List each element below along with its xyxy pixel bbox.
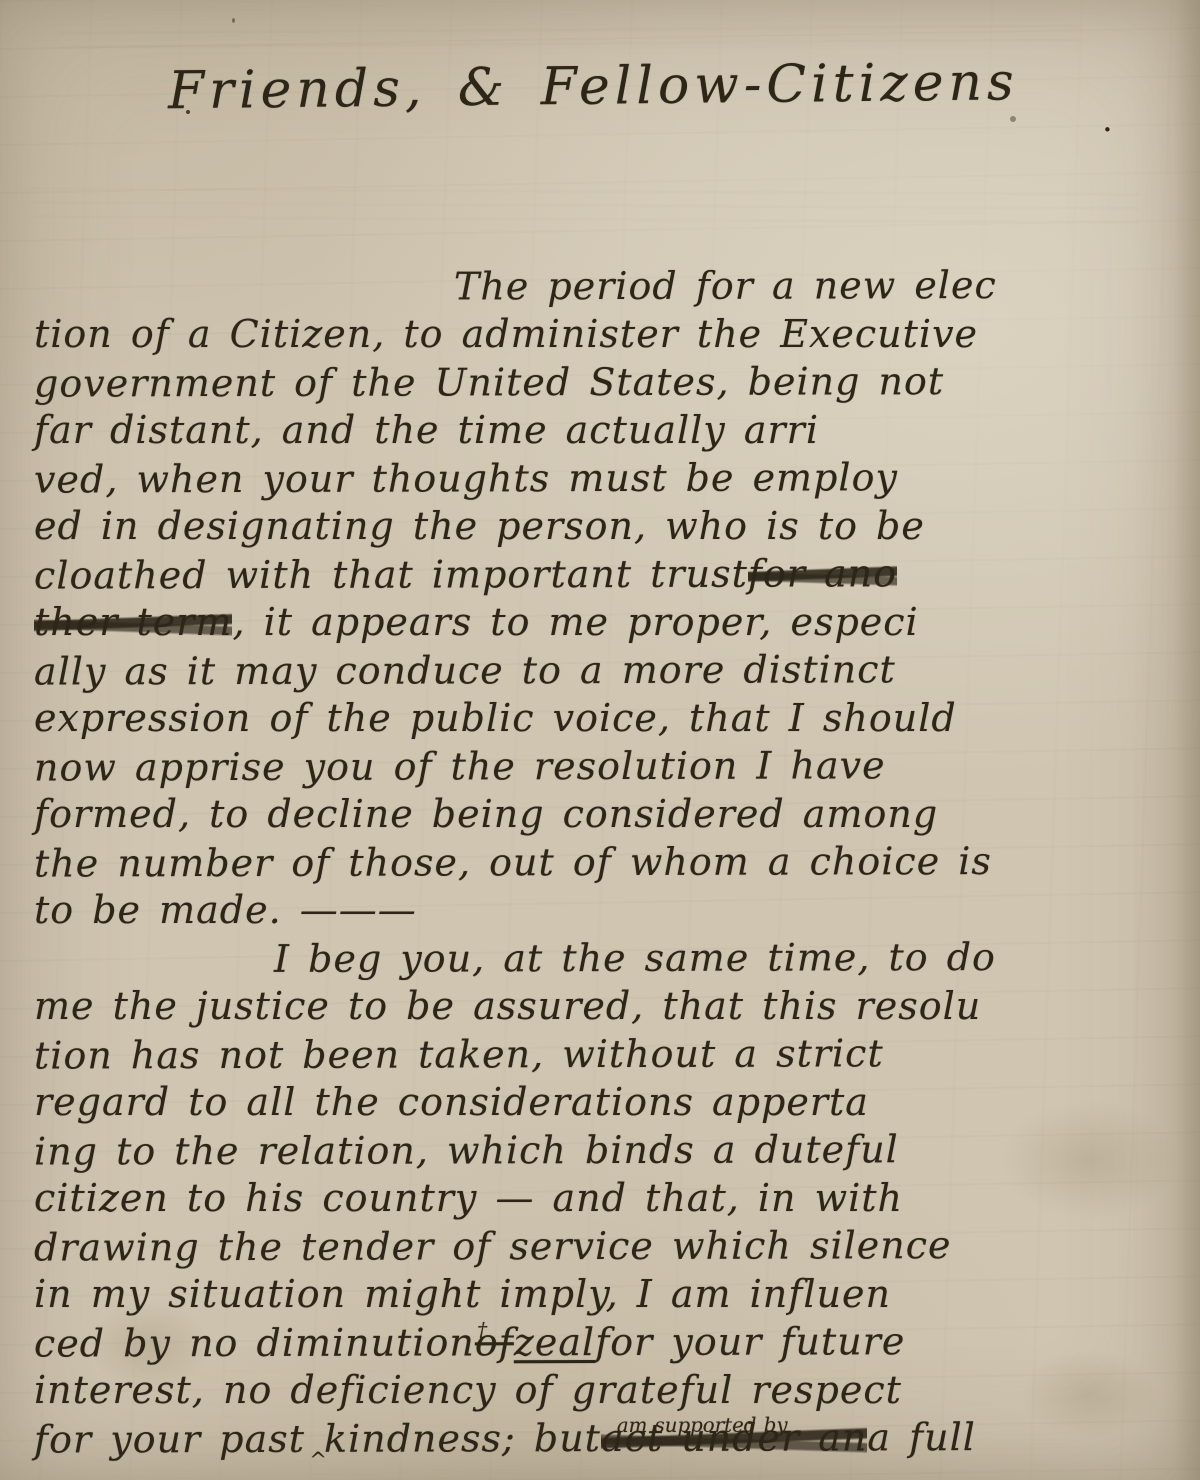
segment-text: expression of the public voice, that I s… bbox=[34, 694, 957, 742]
segment-text: in my situation might imply, I am influe… bbox=[34, 1270, 891, 1318]
text-line: the number of those, out of whom a choic… bbox=[34, 836, 1200, 887]
ink-speck bbox=[1010, 116, 1016, 122]
text-line: citizen to his country — and that, in wi… bbox=[34, 1174, 1200, 1222]
segment-text: ing to the relation, which binds a dutef… bbox=[34, 1125, 899, 1175]
segment-text: government of the United States, being n… bbox=[34, 357, 944, 407]
interlinear-insertion: am supported by bbox=[617, 1401, 788, 1449]
segment-text: for your past bbox=[34, 1415, 305, 1464]
segment-text: regard to all the considerations apperta bbox=[34, 1078, 869, 1126]
paragraph-1: The period for a new election of a Citiz… bbox=[34, 262, 1200, 934]
segment-underline: zeal bbox=[514, 1318, 595, 1366]
segment-scribble: ther term bbox=[34, 598, 232, 646]
text-line: for your past ^kindness; but act under a… bbox=[34, 1412, 1200, 1463]
salutation-period: . bbox=[1102, 100, 1113, 140]
manuscript-body: The period for a new election of a Citiz… bbox=[34, 262, 1200, 1462]
segment-text: far distant, and the time actually arri bbox=[34, 406, 819, 454]
text-line: cloathed with that important trust for a… bbox=[34, 548, 1200, 599]
segment-text: kindness; but bbox=[324, 1414, 601, 1463]
segment-text: citizen to his country — and that, in wi… bbox=[34, 1174, 903, 1222]
text-line: ed in designating the person, who is to … bbox=[34, 502, 1200, 550]
segment-text: formed, to decline being considered amon… bbox=[34, 790, 938, 838]
text-line: regard to all the considerations apperta bbox=[34, 1078, 1200, 1126]
segment-strike: of† bbox=[475, 1318, 514, 1366]
segment-text: cloathed with that important trust bbox=[34, 550, 748, 600]
segment-text: me the justice to be assured, that this … bbox=[34, 982, 981, 1030]
segment-text: the number of those, out of whom a choic… bbox=[34, 837, 992, 888]
text-line: expression of the public voice, that I s… bbox=[34, 694, 1200, 742]
segment-text: ed in designating the person, who is to … bbox=[34, 502, 925, 550]
segment-text: drawing the tender of service which sile… bbox=[34, 1221, 952, 1271]
segment-scribble: act under anam supported by bbox=[601, 1413, 868, 1462]
text-line: tion has not been taken, without a stric… bbox=[34, 1028, 1200, 1079]
paragraph-2: I beg you, at the same time, to dome the… bbox=[34, 934, 1200, 1462]
segment-text: ved, when your thoughts must be employ bbox=[34, 453, 898, 503]
text-line: tion of a Citizen, to administer the Exe… bbox=[34, 310, 1200, 358]
segment-text: ally as it may conduce to a more distinc… bbox=[34, 645, 896, 695]
salutation-title: Friends, & Fellow-Citizens bbox=[168, 51, 1161, 121]
text-line: government of the United States, being n… bbox=[34, 356, 1200, 407]
text-line: to be made. ——— bbox=[34, 886, 1200, 934]
manuscript-page: Friends, & Fellow-Citizens . The period … bbox=[0, 0, 1200, 1480]
text-line: now apprise you of the resolution I have bbox=[34, 740, 1200, 791]
text-line: drawing the tender of service which sile… bbox=[34, 1220, 1200, 1271]
segment-text: tion of a Citizen, to administer the Exe… bbox=[34, 310, 978, 358]
segment-text: , it appears to me proper, especi bbox=[232, 598, 918, 646]
text-line: I beg you, at the same time, to do bbox=[34, 932, 1200, 983]
text-line: ther term, it appears to me proper, espe… bbox=[34, 598, 1200, 646]
segment-text: for your future bbox=[595, 1317, 905, 1366]
segment-scribble: for ano bbox=[748, 549, 897, 597]
ink-speck bbox=[232, 18, 235, 23]
segment-text: to be made. ——— bbox=[34, 886, 417, 934]
segment-text: now apprise you of the resolution I have bbox=[34, 741, 886, 791]
text-line: The period for a new elec bbox=[34, 260, 1200, 311]
interlinear-insertion: † bbox=[477, 1306, 487, 1354]
segment-text: The period for a new elec bbox=[454, 261, 997, 310]
text-line: me the justice to be assured, that this … bbox=[34, 982, 1200, 1030]
show-through-smudge bbox=[30, 187, 1140, 233]
text-line: ally as it may conduce to a more distinc… bbox=[34, 644, 1200, 695]
segment-caret-below: ^ bbox=[309, 1446, 320, 1472]
segment-text: tion has not been taken, without a stric… bbox=[34, 1029, 884, 1079]
text-line: ved, when your thoughts must be employ bbox=[34, 452, 1200, 503]
segment-text: a full bbox=[867, 1413, 976, 1461]
text-line: formed, to decline being considered amon… bbox=[34, 790, 1200, 838]
text-line: ing to the relation, which binds a dutef… bbox=[34, 1124, 1200, 1175]
show-through-smudge bbox=[60, 24, 1080, 53]
segment-text: ced by no diminution bbox=[34, 1318, 475, 1367]
segment-text: I beg you, at the same time, to do bbox=[274, 933, 996, 983]
text-line: in my situation might imply, I am influe… bbox=[34, 1270, 1200, 1318]
text-line: ced by no diminution of† zeal for your f… bbox=[34, 1316, 1200, 1367]
text-line: far distant, and the time actually arri bbox=[34, 406, 1200, 454]
